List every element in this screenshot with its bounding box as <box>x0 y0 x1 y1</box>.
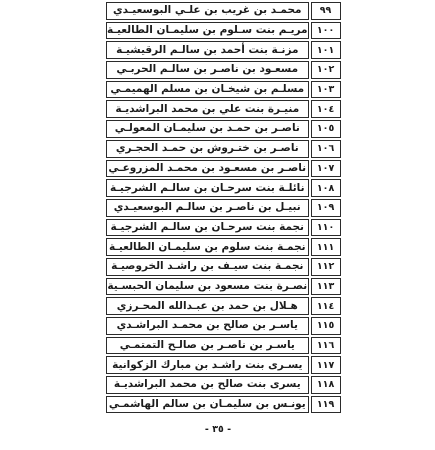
table-row: ١٠٥ناصـر بن حمـد بن سليمـان المعولـي <box>106 120 341 138</box>
table-row: ١١٥ياسـر بن صالح بن محمـد البراشـدي <box>106 317 341 335</box>
table-row: ١١٩يونـس بن سليمـان بن سالم الهاشمـي <box>106 396 341 414</box>
row-name-cell: نجمـة بنت سيـف بن راشـد الخروصيـة <box>106 258 309 276</box>
table-row: ١٠٦ناصـر بن ختـروش بن حمـد الحجـري <box>106 140 341 158</box>
table-row: ١١٦ياسـر بن ناصـر بن صالـح التمتمـي <box>106 337 341 355</box>
row-number-cell: ١١٧ <box>311 356 341 374</box>
names-table: ٩٩محمـد بن غريب بن علـي البوسعيـدي١٠٠مري… <box>104 0 343 415</box>
table-row: ١٠٢مسعـود بن ناصـر بن سالـم الحربـي <box>106 61 341 79</box>
table-row: ٩٩محمـد بن غريب بن علـي البوسعيـدي <box>106 2 341 20</box>
row-number-cell: ١٠٨ <box>311 179 341 197</box>
table-row: ١١٠نجمة بنت سرحـان بن سالـم الشرجيـة <box>106 219 341 237</box>
page-number: - ٣٥ - <box>104 424 332 435</box>
row-number-cell: ١٠٥ <box>311 120 341 138</box>
row-number-cell: ٩٩ <box>311 2 341 20</box>
row-name-cell: ياسـر بن صالح بن محمـد البراشـدي <box>106 317 309 335</box>
table-row: ١١٣نصـرة بنت مسعود بن سليمان الحبسـية <box>106 278 341 296</box>
row-number-cell: ١٠٦ <box>311 140 341 158</box>
row-number-cell: ١١١ <box>311 238 341 256</box>
row-name-cell: نصـرة بنت مسعود بن سليمان الحبسـية <box>106 278 309 296</box>
row-number-cell: ١١٥ <box>311 317 341 335</box>
table-row: ١٠٩نبيـل بن ناصـر بن سالـم البوسعيـدي <box>106 199 341 217</box>
row-name-cell: منيـرة بنت علي بن محمد البراشديـة <box>106 100 309 118</box>
row-name-cell: يونـس بن سليمـان بن سالم الهاشمـي <box>106 396 309 414</box>
table-row: ١٠٤منيـرة بنت علي بن محمد البراشديـة <box>106 100 341 118</box>
document-page: ٩٩محمـد بن غريب بن علـي البوسعيـدي١٠٠مري… <box>0 0 435 450</box>
table-row: ١٠٧ناصـر بن مسعـود بن محمـد المزروعـي <box>106 160 341 178</box>
row-name-cell: ناصـر بن حمـد بن سليمـان المعولـي <box>106 120 309 138</box>
row-name-cell: ناصـر بن ختـروش بن حمـد الحجـري <box>106 140 309 158</box>
table-row: ١١٧يسـرى بنت راشـد بن مبارك الزكوانية <box>106 356 341 374</box>
row-name-cell: يسرى بنت صالح بن محمد البراشديـة <box>106 376 309 394</box>
row-number-cell: ١٠٠ <box>311 22 341 40</box>
table-row: ١١٤هـلال بن حمد بن عبـدالله المحـرزي <box>106 297 341 315</box>
table-row: ١١١نجمـة بنت سلوم بن سليمـان الطالعيـة <box>106 238 341 256</box>
row-name-cell: مسعـود بن ناصـر بن سالـم الحربـي <box>106 61 309 79</box>
row-number-cell: ١٠٧ <box>311 160 341 178</box>
row-name-cell: ناصـر بن مسعـود بن محمـد المزروعـي <box>106 160 309 178</box>
row-number-cell: ١١٩ <box>311 396 341 414</box>
table-row: ١٠٣مسلـم بن شيخـان بن مسلم الهميمـي <box>106 81 341 99</box>
row-name-cell: نجمة بنت سرحـان بن سالـم الشرجيـة <box>106 219 309 237</box>
table-row: ١٠١مزنـة بنت أحمد بن سالـم الرقيشيـة <box>106 41 341 59</box>
row-number-cell: ١١٨ <box>311 376 341 394</box>
row-number-cell: ١٠٢ <box>311 61 341 79</box>
row-name-cell: يسـرى بنت راشـد بن مبارك الزكوانية <box>106 356 309 374</box>
row-number-cell: ١٠٩ <box>311 199 341 217</box>
names-table-body: ٩٩محمـد بن غريب بن علـي البوسعيـدي١٠٠مري… <box>106 2 341 413</box>
row-number-cell: ١٠٤ <box>311 100 341 118</box>
row-name-cell: مزنـة بنت أحمد بن سالـم الرقيشيـة <box>106 41 309 59</box>
row-name-cell: نبيـل بن ناصـر بن سالـم البوسعيـدي <box>106 199 309 217</box>
table-row: ١١٢نجمـة بنت سيـف بن راشـد الخروصيـة <box>106 258 341 276</box>
row-name-cell: مسلـم بن شيخـان بن مسلم الهميمـي <box>106 81 309 99</box>
table-row: ١٠٠مريـم بنت سـلوم بن سليمـان الطالعيـة <box>106 22 341 40</box>
row-number-cell: ١١٢ <box>311 258 341 276</box>
row-name-cell: نائلـة بنت سرحـان بن سالـم الشرجيـة <box>106 179 309 197</box>
table-row: ١١٨يسرى بنت صالح بن محمد البراشديـة <box>106 376 341 394</box>
row-name-cell: محمـد بن غريب بن علـي البوسعيـدي <box>106 2 309 20</box>
row-number-cell: ١١٠ <box>311 219 341 237</box>
row-number-cell: ١٠٣ <box>311 81 341 99</box>
row-name-cell: نجمـة بنت سلوم بن سليمـان الطالعيـة <box>106 238 309 256</box>
table-row: ١٠٨نائلـة بنت سرحـان بن سالـم الشرجيـة <box>106 179 341 197</box>
row-number-cell: ١١٤ <box>311 297 341 315</box>
row-number-cell: ١٠١ <box>311 41 341 59</box>
row-number-cell: ١١٣ <box>311 278 341 296</box>
row-name-cell: ياسـر بن ناصـر بن صالـح التمتمـي <box>106 337 309 355</box>
row-number-cell: ١١٦ <box>311 337 341 355</box>
row-name-cell: مريـم بنت سـلوم بن سليمـان الطالعيـة <box>106 22 309 40</box>
row-name-cell: هـلال بن حمد بن عبـدالله المحـرزي <box>106 297 309 315</box>
